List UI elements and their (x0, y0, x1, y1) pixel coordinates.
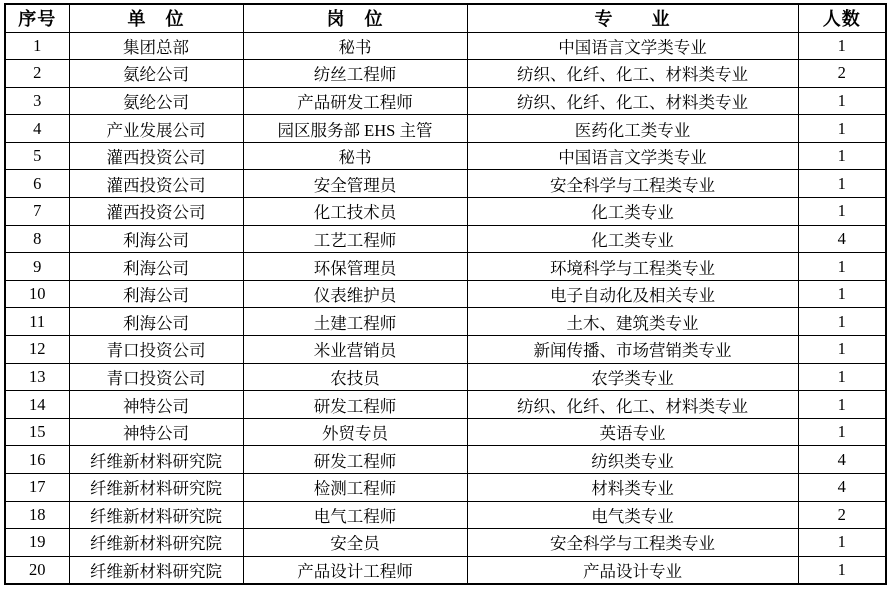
table-row: 18纤维新材料研究院电气工程师电气类专业2 (5, 501, 886, 529)
cell-count: 4 (798, 225, 886, 253)
cell-no: 7 (5, 198, 69, 226)
cell-count: 1 (798, 115, 886, 143)
cell-unit: 氨纶公司 (69, 87, 243, 115)
cell-count: 1 (798, 280, 886, 308)
cell-unit: 集团总部 (69, 32, 243, 60)
cell-post: 电气工程师 (243, 501, 467, 529)
cell-no: 20 (5, 556, 69, 584)
table-row: 9利海公司环保管理员环境科学与工程类专业1 (5, 253, 886, 281)
cell-count: 1 (798, 170, 886, 198)
cell-post: 土建工程师 (243, 308, 467, 336)
cell-count: 1 (798, 529, 886, 557)
cell-major: 电子自动化及相关专业 (467, 280, 798, 308)
cell-no: 14 (5, 391, 69, 419)
cell-no: 17 (5, 474, 69, 502)
recruitment-table: 序号 单 位 岗 位 专 业 人数 1集团总部秘书中国语言文学类专业12氨纶公司… (4, 3, 887, 585)
table-row: 4产业发展公司园区服务部 EHS 主管医药化工类专业1 (5, 115, 886, 143)
cell-no: 15 (5, 418, 69, 446)
cell-post: 研发工程师 (243, 391, 467, 419)
table-row: 15神特公司外贸专员英语专业1 (5, 418, 886, 446)
header-count: 人数 (798, 4, 886, 32)
cell-post: 米业营销员 (243, 336, 467, 364)
cell-major: 环境科学与工程类专业 (467, 253, 798, 281)
table-row: 14神特公司研发工程师纺织、化纤、化工、材料类专业1 (5, 391, 886, 419)
cell-unit: 氨纶公司 (69, 60, 243, 88)
header-post: 岗 位 (243, 4, 467, 32)
cell-no: 10 (5, 280, 69, 308)
cell-post: 安全管理员 (243, 170, 467, 198)
table-row: 5灌西投资公司秘书中国语言文学类专业1 (5, 142, 886, 170)
cell-major: 新闻传播、市场营销类专业 (467, 336, 798, 364)
cell-count: 1 (798, 87, 886, 115)
cell-post: 外贸专员 (243, 418, 467, 446)
cell-count: 1 (798, 198, 886, 226)
cell-unit: 纤维新材料研究院 (69, 501, 243, 529)
table-row: 7灌西投资公司化工技术员化工类专业1 (5, 198, 886, 226)
cell-major: 纺织、化纤、化工、材料类专业 (467, 391, 798, 419)
cell-major: 英语专业 (467, 418, 798, 446)
table-row: 10利海公司仪表维护员电子自动化及相关专业1 (5, 280, 886, 308)
cell-unit: 灌西投资公司 (69, 142, 243, 170)
cell-no: 11 (5, 308, 69, 336)
cell-major: 产品设计专业 (467, 556, 798, 584)
cell-unit: 神特公司 (69, 391, 243, 419)
cell-no: 19 (5, 529, 69, 557)
cell-post: 检测工程师 (243, 474, 467, 502)
cell-unit: 利海公司 (69, 225, 243, 253)
cell-post: 秘书 (243, 32, 467, 60)
cell-count: 1 (798, 32, 886, 60)
cell-no: 9 (5, 253, 69, 281)
cell-count: 4 (798, 446, 886, 474)
cell-post: 产品研发工程师 (243, 87, 467, 115)
cell-post: 仪表维护员 (243, 280, 467, 308)
table-header: 序号 单 位 岗 位 专 业 人数 (5, 4, 886, 32)
cell-major: 纺织类专业 (467, 446, 798, 474)
cell-post: 环保管理员 (243, 253, 467, 281)
cell-count: 1 (798, 142, 886, 170)
table-row: 1集团总部秘书中国语言文学类专业1 (5, 32, 886, 60)
table-row: 8利海公司工艺工程师化工类专业4 (5, 225, 886, 253)
cell-no: 8 (5, 225, 69, 253)
table-row: 16纤维新材料研究院研发工程师纺织类专业4 (5, 446, 886, 474)
cell-unit: 神特公司 (69, 418, 243, 446)
table-row: 11利海公司土建工程师土木、建筑类专业1 (5, 308, 886, 336)
cell-post: 产品设计工程师 (243, 556, 467, 584)
cell-post: 工艺工程师 (243, 225, 467, 253)
table-row: 17纤维新材料研究院检测工程师材料类专业4 (5, 474, 886, 502)
cell-unit: 青口投资公司 (69, 336, 243, 364)
cell-count: 1 (798, 363, 886, 391)
cell-major: 电气类专业 (467, 501, 798, 529)
cell-no: 6 (5, 170, 69, 198)
cell-major: 农学类专业 (467, 363, 798, 391)
cell-major: 材料类专业 (467, 474, 798, 502)
cell-unit: 灌西投资公司 (69, 198, 243, 226)
cell-post: 纺丝工程师 (243, 60, 467, 88)
cell-major: 中国语言文学类专业 (467, 142, 798, 170)
cell-count: 1 (798, 418, 886, 446)
cell-count: 1 (798, 336, 886, 364)
cell-post: 园区服务部 EHS 主管 (243, 115, 467, 143)
cell-major: 纺织、化纤、化工、材料类专业 (467, 87, 798, 115)
cell-major: 化工类专业 (467, 198, 798, 226)
cell-no: 2 (5, 60, 69, 88)
cell-unit: 青口投资公司 (69, 363, 243, 391)
table-row: 20纤维新材料研究院产品设计工程师产品设计专业1 (5, 556, 886, 584)
table-row: 12青口投资公司米业营销员新闻传播、市场营销类专业1 (5, 336, 886, 364)
table-row: 19纤维新材料研究院安全员安全科学与工程类专业1 (5, 529, 886, 557)
cell-post: 化工技术员 (243, 198, 467, 226)
cell-no: 5 (5, 142, 69, 170)
cell-count: 1 (798, 391, 886, 419)
header-row: 序号 单 位 岗 位 专 业 人数 (5, 4, 886, 32)
cell-unit: 利海公司 (69, 280, 243, 308)
cell-no: 12 (5, 336, 69, 364)
cell-unit: 纤维新材料研究院 (69, 446, 243, 474)
cell-major: 纺织、化纤、化工、材料类专业 (467, 60, 798, 88)
cell-post: 农技员 (243, 363, 467, 391)
cell-no: 18 (5, 501, 69, 529)
cell-major: 医药化工类专业 (467, 115, 798, 143)
cell-unit: 利海公司 (69, 253, 243, 281)
header-major: 专 业 (467, 4, 798, 32)
cell-no: 16 (5, 446, 69, 474)
cell-major: 土木、建筑类专业 (467, 308, 798, 336)
cell-post: 秘书 (243, 142, 467, 170)
cell-major: 化工类专业 (467, 225, 798, 253)
table-row: 6灌西投资公司安全管理员安全科学与工程类专业1 (5, 170, 886, 198)
cell-major: 安全科学与工程类专业 (467, 170, 798, 198)
cell-no: 3 (5, 87, 69, 115)
cell-unit: 产业发展公司 (69, 115, 243, 143)
cell-post: 研发工程师 (243, 446, 467, 474)
cell-no: 4 (5, 115, 69, 143)
header-no: 序号 (5, 4, 69, 32)
cell-major: 安全科学与工程类专业 (467, 529, 798, 557)
table-row: 3氨纶公司产品研发工程师纺织、化纤、化工、材料类专业1 (5, 87, 886, 115)
table-body: 1集团总部秘书中国语言文学类专业12氨纶公司纺丝工程师纺织、化纤、化工、材料类专… (5, 32, 886, 584)
cell-count: 1 (798, 308, 886, 336)
cell-no: 13 (5, 363, 69, 391)
cell-unit: 利海公司 (69, 308, 243, 336)
table-row: 13青口投资公司农技员农学类专业1 (5, 363, 886, 391)
page: 序号 单 位 岗 位 专 业 人数 1集团总部秘书中国语言文学类专业12氨纶公司… (0, 0, 889, 588)
cell-count: 4 (798, 474, 886, 502)
cell-unit: 纤维新材料研究院 (69, 529, 243, 557)
cell-no: 1 (5, 32, 69, 60)
cell-count: 2 (798, 501, 886, 529)
cell-unit: 纤维新材料研究院 (69, 556, 243, 584)
cell-unit: 灌西投资公司 (69, 170, 243, 198)
cell-post: 安全员 (243, 529, 467, 557)
cell-unit: 纤维新材料研究院 (69, 474, 243, 502)
cell-count: 1 (798, 556, 886, 584)
table-row: 2氨纶公司纺丝工程师纺织、化纤、化工、材料类专业2 (5, 60, 886, 88)
cell-count: 1 (798, 253, 886, 281)
header-unit: 单 位 (69, 4, 243, 32)
cell-count: 2 (798, 60, 886, 88)
cell-major: 中国语言文学类专业 (467, 32, 798, 60)
